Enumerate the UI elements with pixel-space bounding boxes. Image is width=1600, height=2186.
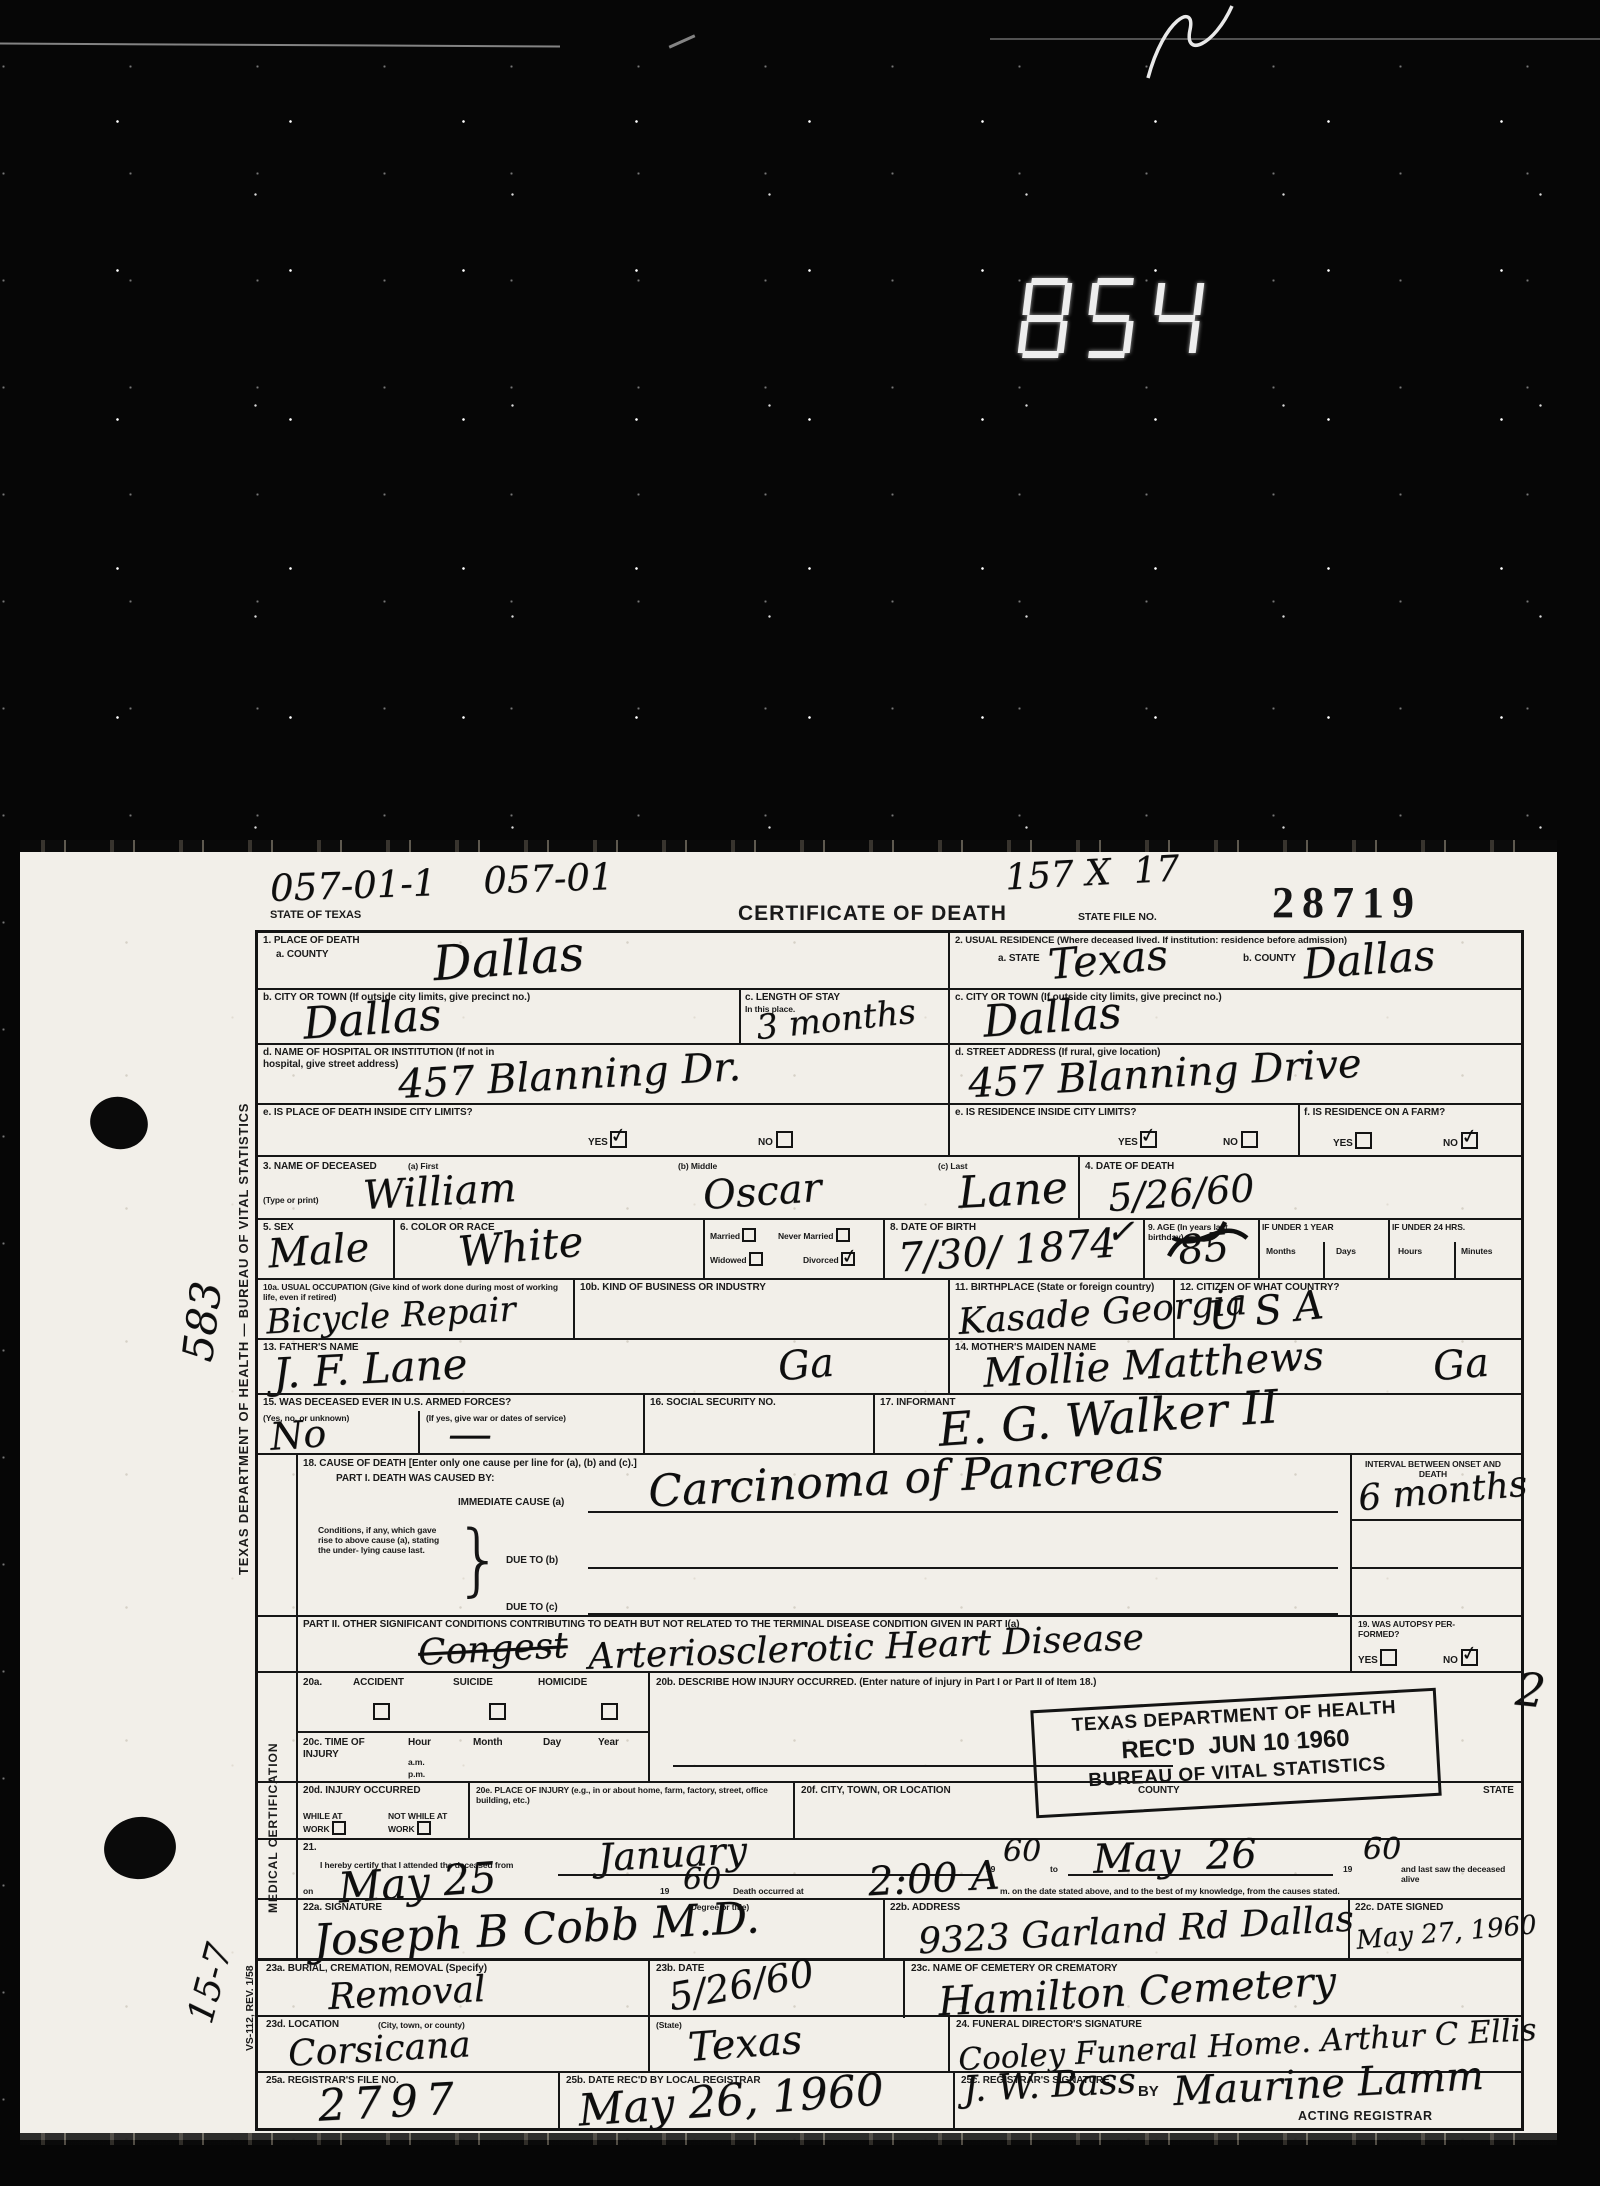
acting-registrar-label: ACTING REGISTRAR <box>1298 2109 1433 2124</box>
row-parents: 13. FATHER'S NAME J. F. Lane Ga 14. MOTH… <box>258 1338 1521 1393</box>
checkbox <box>373 1703 390 1720</box>
row-city-limits: e. IS PLACE OF DEATH INSIDE CITY LIMITS?… <box>258 1103 1521 1155</box>
death-limits-no: NO <box>758 1131 793 1149</box>
interval-line <box>1350 1519 1521 1521</box>
father-place: Ga <box>776 1340 836 1391</box>
residence-county-label: b. COUNTY <box>1243 953 1296 965</box>
registrar-signature-1: J. W. Bass <box>962 2061 1137 2111</box>
checkbox-checked <box>1461 1649 1478 1666</box>
ssn-label: 16. SOCIAL SECURITY NO. <box>650 1397 776 1409</box>
row-name: 3. NAME OF DECEASED (Type or print) (a) … <box>258 1155 1521 1218</box>
mother-place: Ga <box>1431 1340 1491 1391</box>
row-sex-race: 5. SEX Male 6. COLOR OR RACE White Marri… <box>258 1218 1521 1278</box>
immediate-cause-label: IMMEDIATE CAUSE (a) <box>458 1497 564 1509</box>
part1-label: PART I. DEATH WAS CAUSED BY: <box>336 1473 494 1485</box>
state-of-texas-label: STATE OF TEXAS <box>270 909 361 922</box>
location-state-value: Texas <box>687 2017 804 2071</box>
describe-injury-label: 20b. DESCRIBE HOW INJURY OCCURRED. (Ente… <box>656 1677 1296 1689</box>
handwritten-157: 15-7 <box>180 1939 241 2028</box>
handwritten-583: 583 <box>173 1279 231 1365</box>
death-city-limits-label: e. IS PLACE OF DEATH INSIDE CITY LIMITS? <box>263 1107 473 1119</box>
row-institution: d. NAME OF HOSPITAL OR INSTITUTION (If n… <box>258 1043 1521 1103</box>
due-b-line <box>588 1567 1338 1569</box>
cause-line <box>588 1511 1338 1513</box>
location-city-value: Corsicana <box>287 2024 472 2075</box>
death-limits-yes: YES <box>588 1131 627 1149</box>
hours-label: Hours <box>1398 1246 1422 1256</box>
injury-occurred-label: 20d. INJURY OCCURRED <box>303 1785 420 1797</box>
handwritten-codes: 057-01-1 057-01 <box>269 855 614 910</box>
date-signed-value: May 27, 1960 <box>1355 1910 1538 1956</box>
injury-state-label: STATE <box>1483 1785 1514 1797</box>
checkbox <box>489 1703 506 1720</box>
checkbox <box>1241 1131 1258 1148</box>
month-label: Month <box>473 1737 503 1749</box>
alive-year-value: 60 <box>683 1862 721 1897</box>
city-of-death-value: Dallas <box>301 989 443 1050</box>
certify-to: to <box>1050 1864 1058 1874</box>
first-name-value: William <box>362 1165 518 1219</box>
torn-bottom-edge <box>20 2133 1557 2145</box>
cause-of-death-label: 18. CAUSE OF DEATH [Enter only one cause… <box>303 1458 637 1470</box>
date-signed-label: 22c. DATE SIGNED <box>1355 1902 1443 1914</box>
funeral-director-label: 24. FUNERAL DIRECTOR'S SIGNATURE <box>956 2019 1142 2031</box>
checkbox <box>601 1703 618 1720</box>
checkbox <box>1380 1649 1397 1666</box>
film-frame-number <box>1012 278 1210 363</box>
res-city-limits-label: e. IS RESIDENCE INSIDE CITY LIMITS? <box>955 1107 1136 1119</box>
injury-city-label: 20f. CITY, TOWN, OR LOCATION <box>801 1785 951 1797</box>
suicide-label: SUICIDE <box>453 1677 493 1689</box>
ink-scribble <box>1163 1208 1253 1268</box>
county-label: a. COUNTY <box>276 949 328 961</box>
yr19-2: 19 <box>1343 1864 1352 1874</box>
day-label: Day <box>543 1737 561 1749</box>
autopsy-label: 19. WAS AUTOPSY PER- FORMED? <box>1358 1619 1488 1639</box>
checkbox-checked <box>1461 1132 1478 1149</box>
row-certification: 21. I hereby certify that I attended the… <box>258 1838 1521 1898</box>
race-value: White <box>456 1217 585 1277</box>
checkbox-checked <box>1140 1131 1157 1148</box>
armed-forces-value: No <box>269 1411 328 1459</box>
row-physician: 22a. SIGNATURE (Degree or title) Joseph … <box>258 1898 1521 1958</box>
state-file-number: 28719 <box>1272 877 1422 928</box>
homicide-label: HOMICIDE <box>538 1677 587 1689</box>
checkbox-checked <box>610 1131 627 1148</box>
microfilm-scan: TEXAS DEPARTMENT OF HEALTH — BUREAU OF V… <box>0 0 1600 2186</box>
place-of-injury-label: 20e. PLACE OF INJURY (e.g., in or about … <box>476 1785 776 1805</box>
business-label: 10b. KIND OF BUSINESS OR INDUSTRY <box>580 1282 766 1294</box>
time-of-injury-label: 20c. TIME OF INJURY <box>303 1737 383 1761</box>
autopsy-no: NO <box>1443 1649 1478 1667</box>
place-of-death-label: 1. PLACE OF DEATH <box>263 935 359 947</box>
physician-address: 9323 Garland Rd Dallas <box>917 1899 1355 1963</box>
farm-yes: YES <box>1333 1132 1372 1150</box>
handwritten-file-code: 157 X 17 <box>1004 848 1180 898</box>
checkbox <box>417 1821 431 1835</box>
received-stamp: TEXAS DEPARTMENT OF HEALTH REC'D JUN 10 … <box>1030 1688 1441 1818</box>
certificate-form: 1. PLACE OF DEATH a. COUNTY Dallas 2. US… <box>255 930 1524 2131</box>
due-to-c-label: DUE TO (c) <box>506 1602 558 1614</box>
checkbox <box>776 1131 793 1148</box>
row-occupation: 10a. USUAL OCCUPATION (Give kind of work… <box>258 1278 1521 1338</box>
certify-text-5: and last saw the deceased alive <box>1401 1864 1521 1884</box>
row-burial: 23a. BURIAL, CREMATION, REMOVAL (Specify… <box>258 1958 1521 2015</box>
state-file-no-label: STATE FILE NO. <box>1078 911 1157 924</box>
marital-never: Never Married <box>778 1228 850 1242</box>
res-limits-no: NO <box>1223 1131 1258 1149</box>
row-place-residence: 1. PLACE OF DEATH a. COUNTY Dallas 2. US… <box>258 933 1521 988</box>
burial-date-value: 5/26/60 <box>665 1951 817 2020</box>
from-year-value: 60 <box>1003 1834 1041 1869</box>
certify-on: on <box>303 1886 313 1896</box>
row-cause-of-death: 18. CAUSE OF DEATH [Enter only one cause… <box>258 1453 1521 1615</box>
days-label: Days <box>1336 1246 1356 1256</box>
punch-hole <box>100 1812 180 1883</box>
armed-forces-label: 15. WAS DECEASED EVER IN U.S. ARMED FORC… <box>263 1397 511 1409</box>
checkbox <box>749 1252 763 1266</box>
under-1-year-label: IF UNDER 1 YEAR <box>1262 1222 1387 1232</box>
interval-line <box>1350 1567 1521 1569</box>
middle-name-label: (b) Middle <box>678 1161 717 1171</box>
while-at-work: WHILE AT WORK <box>303 1811 363 1835</box>
residence-state-value: Texas <box>1046 930 1170 989</box>
father-value: J. F. Lane <box>272 1339 469 1398</box>
checkbox-checked <box>841 1252 855 1266</box>
dob-checkmark: ✓ <box>1106 1212 1135 1252</box>
marital-widowed: Widowed <box>710 1252 763 1266</box>
torn-top-edge <box>20 840 1557 852</box>
registrar-by-label: BY <box>1138 2083 1159 2101</box>
yr19-3: 19 <box>660 1886 669 1896</box>
registrar-file-value: 2797 <box>317 2073 463 2131</box>
name-label: 3. NAME OF DECEASED <box>263 1161 383 1173</box>
farm-label: f. IS RESIDENCE ON A FARM? <box>1304 1107 1445 1119</box>
row-city: b. CITY OR TOWN (If outside city limits,… <box>258 988 1521 1043</box>
conditions-note: Conditions, if any, which gave rise to a… <box>318 1525 446 1556</box>
burial-value: Removal <box>327 1969 486 2018</box>
checkbox <box>836 1228 850 1242</box>
autopsy-yes: YES <box>1358 1649 1397 1667</box>
agency-vertical-label: TEXAS DEPARTMENT OF HEALTH — BUREAU OF V… <box>236 965 252 1575</box>
row-registrar: 25a. REGISTRAR'S FILE NO. 2797 25b. DATE… <box>258 2071 1521 2128</box>
checkbox <box>1355 1132 1372 1149</box>
res-limits-yes: YES <box>1118 1131 1157 1149</box>
residence-city-value: Dallas <box>981 987 1123 1048</box>
minutes-label: Minutes <box>1461 1246 1492 1256</box>
punch-hole <box>85 1091 154 1155</box>
under-24-label: IF UNDER 24 HRS. <box>1392 1222 1520 1232</box>
certify-text-9: m. on the date stated above, and to the … <box>1000 1886 1520 1896</box>
hour-label: Hour <box>408 1737 431 1749</box>
document-title: CERTIFICATE OF DEATH <box>738 901 1007 926</box>
farm-no: NO <box>1443 1132 1478 1150</box>
to-year-value: 60 <box>1363 1832 1401 1867</box>
attended-from-value: January <box>597 1828 748 1880</box>
county-of-death-value: Dallas <box>431 926 586 992</box>
part2-struck-word: Congest <box>417 1625 569 1674</box>
sex-value: Male <box>267 1225 371 1278</box>
checkbox <box>332 1821 346 1835</box>
due-to-b-label: DUE TO (b) <box>506 1555 558 1567</box>
marital-divorced: Divorced <box>803 1252 855 1266</box>
blank-line <box>1068 1874 1333 1876</box>
film-squiggle-mark <box>1130 0 1270 90</box>
pm-label: p.m. <box>408 1769 425 1779</box>
film-scratch <box>990 38 1600 40</box>
certificate-paper: TEXAS DEPARTMENT OF HEALTH — BUREAU OF V… <box>20 845 1557 2140</box>
year-label: Year <box>598 1737 619 1749</box>
months-label: Months <box>1266 1246 1296 1256</box>
middle-name-value: Oscar <box>702 1165 824 1219</box>
row-part2: PART II. OTHER SIGNIFICANT CONDITIONS CO… <box>258 1615 1521 1671</box>
injury-divider <box>296 1731 648 1733</box>
marital-married: Married <box>710 1228 756 1242</box>
address-label: 22b. ADDRESS <box>890 1902 960 1914</box>
accident-label: ACCIDENT <box>353 1677 404 1689</box>
last-name-value: Lane <box>957 1162 1069 1219</box>
am-label: a.m. <box>408 1757 425 1767</box>
not-while-at-work: NOT WHILE AT WORK <box>388 1811 458 1835</box>
row-service: 15. WAS DECEASED EVER IN U.S. ARMED FORC… <box>258 1393 1521 1453</box>
name-sub-label: (Type or print) <box>263 1195 318 1205</box>
item-21: 21. <box>303 1842 317 1854</box>
injury-20a: 20a. <box>303 1677 322 1689</box>
brace: } <box>454 1515 504 1605</box>
residence-state-label: a. STATE <box>998 953 1040 965</box>
location-sub2: (State) <box>656 2020 682 2030</box>
date-of-death-label: 4. DATE OF DEATH <box>1085 1161 1174 1173</box>
checkbox <box>742 1228 756 1242</box>
residence-county-value: Dallas <box>1301 930 1436 988</box>
location-label: 23d. LOCATION <box>266 2019 339 2031</box>
